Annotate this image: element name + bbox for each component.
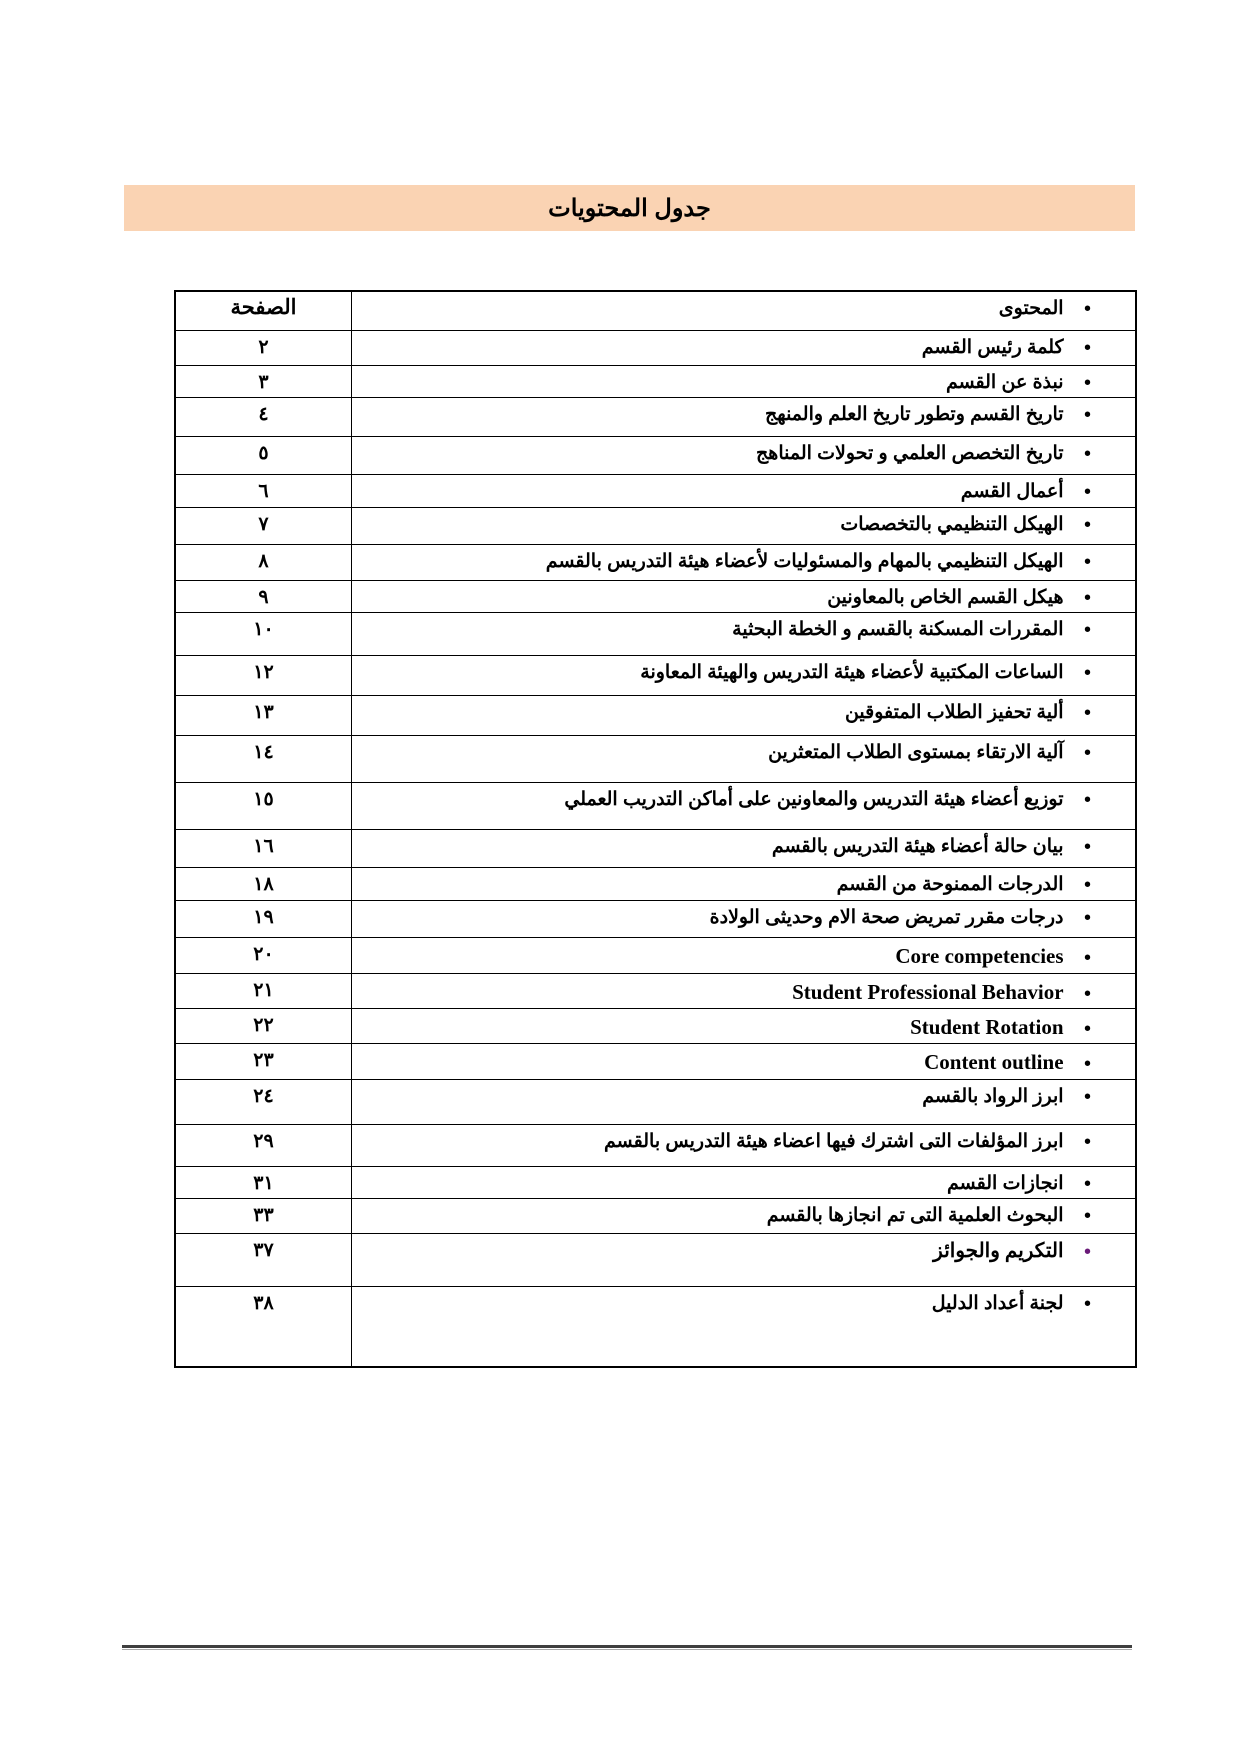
toc-entry-cell: • الساعات المكتبية لأعضاء هيئة التدريس و… [352,656,1137,696]
toc-row: • لجنة أعداد الدليل ٣٨ [175,1287,1136,1367]
toc-entry-cell: • الهيكل التنظيمي بالمهام والمسئوليات لأ… [352,544,1137,580]
toc-row: • ألية تحفيز الطلاب المتفوقين ١٣ [175,696,1136,736]
toc-entry-cell: • نبذة عن القسم [352,365,1137,398]
toc-entry-cell: • آلية الارتقاء بمستوى الطلاب المتعثرين [352,736,1137,783]
toc-row: • Content outline ٢٣ [175,1044,1136,1079]
toc-entry-label: درجات مقرر تمريض صحة الام وحديثى الولادة [710,907,1064,928]
toc-entry-page: ٣٧ [175,1234,352,1287]
toc-entry-cell: • توزيع أعضاء هيئة التدريس والمعاونين عل… [352,783,1137,830]
bullet-icon: • [1084,984,1091,1004]
bullet-icon: • [1084,588,1091,608]
toc-entry-cell: • الدرجات الممنوحة من القسم [352,868,1137,901]
bullet-icon: • [1084,620,1091,640]
toc-row: • توزيع أعضاء هيئة التدريس والمعاونين عل… [175,783,1136,830]
bullet-icon: • [1084,299,1091,319]
toc-entry-page: ١٣ [175,696,352,736]
toc-row: • الدرجات الممنوحة من القسم ١٨ [175,868,1136,901]
bullet-icon: • [1084,515,1091,535]
toc-entry-page: ٣٨ [175,1287,352,1367]
bullet-icon: • [1084,1206,1091,1226]
bullet-icon: • [1084,1132,1091,1152]
bullet-icon: • [1084,1019,1091,1039]
toc-entry-label: هيكل القسم الخاص بالمعاونين [827,587,1063,608]
toc-entry-label: تاريخ التخصص العلمي و تحولات المناهج [756,443,1064,464]
bullet-icon: • [1084,837,1091,857]
toc-entry-label: التكريم والجوائز [933,1240,1063,1262]
bullet-icon: • [1084,1054,1091,1074]
toc-row: • تاريخ التخصص العلمي و تحولات المناهج ٥ [175,437,1136,475]
toc-entry-label: ابرز المؤلفات التى اشترك فيها اعضاء هيئة… [604,1131,1064,1152]
toc-table: • المحتوى الصفحة • كلمة رئيس القسم ٢ • ن… [174,290,1137,1368]
toc-row: • هيكل القسم الخاص بالمعاونين ٩ [175,580,1136,613]
toc-entry-page: ٤ [175,398,352,437]
toc-entry-page: ٦ [175,475,352,508]
toc-entry-page: ٥ [175,437,352,475]
toc-entry-cell: • البحوث العلمية التى تم انجازها بالقسم [352,1199,1137,1234]
toc-header-page-label: الصفحة [175,291,352,330]
toc-entry-label: أعمال القسم [961,481,1064,502]
toc-entry-cell: • أعمال القسم [352,475,1137,508]
toc-row: • أعمال القسم ٦ [175,475,1136,508]
page-title: جدول المحتويات [548,194,711,223]
toc-entry-label: انجازات القسم [947,1173,1064,1194]
toc-row: • التكريم والجوائز ٣٧ [175,1234,1136,1287]
toc-row: • ابرز المؤلفات التى اشترك فيها اعضاء هي… [175,1124,1136,1166]
bullet-icon: • [1084,703,1091,723]
toc-row: • بيان حالة أعضاء هيئة التدريس بالقسم ١٦ [175,830,1136,868]
toc-entry-page: ٣١ [175,1166,352,1199]
bullet-icon: • [1084,1174,1091,1194]
toc-row: • البحوث العلمية التى تم انجازها بالقسم … [175,1199,1136,1234]
toc-entry-label: تاريخ القسم وتطور تاريخ العلم والمنهج [765,404,1063,425]
toc-entry-label: Content outline [924,1048,1063,1076]
toc-row: • تاريخ القسم وتطور تاريخ العلم والمنهج … [175,398,1136,437]
bullet-icon: • [1084,338,1091,358]
toc-entry-label: الهيكل التنظيمي بالتخصصات [840,514,1063,535]
toc-entry-page: ٣ [175,365,352,398]
toc-entry-label: توزيع أعضاء هيئة التدريس والمعاونين على … [564,789,1063,810]
title-banner: جدول المحتويات [124,185,1135,231]
toc-entry-label: لجنة أعداد الدليل [932,1293,1064,1314]
toc-entry-page: ٩ [175,580,352,613]
toc-entry-cell: • هيكل القسم الخاص بالمعاونين [352,580,1137,613]
toc-row: • الهيكل التنظيمي بالمهام والمسئوليات لأ… [175,544,1136,580]
toc-entry-cell: • Content outline [352,1044,1137,1079]
toc-entry-page: ٢١ [175,973,352,1008]
toc-row: • كلمة رئيس القسم ٢ [175,330,1136,365]
bullet-icon: • [1084,373,1091,393]
toc-entry-page: ٢٩ [175,1124,352,1166]
toc-entry-label: كلمة رئيس القسم [922,337,1064,358]
bullet-icon: • [1084,1294,1091,1314]
toc-entry-label: المقررات المسكنة بالقسم و الخطة البحثية [732,619,1063,640]
toc-entry-label: Student Rotation [910,1013,1063,1041]
toc-row: • الهيكل التنظيمي بالتخصصات ٧ [175,507,1136,544]
bullet-icon: • [1084,908,1091,928]
bullet-icon: • [1084,1242,1091,1262]
bullet-icon: • [1084,1087,1091,1107]
footer-divider [122,1645,1132,1650]
toc-row: • الساعات المكتبية لأعضاء هيئة التدريس و… [175,656,1136,696]
toc-entry-label: نبذة عن القسم [946,372,1064,393]
toc-entry-cell: • درجات مقرر تمريض صحة الام وحديثى الولا… [352,901,1137,938]
toc-header-content-cell: • المحتوى [352,291,1137,330]
toc-header-content-label: المحتوى [999,298,1064,319]
toc-entry-page: ٢٠ [175,938,352,973]
bullet-icon: • [1084,444,1091,464]
toc-entry-cell: • انجازات القسم [352,1166,1137,1199]
toc-entry-cell: • الهيكل التنظيمي بالتخصصات [352,507,1137,544]
toc-entry-page: ١٩ [175,901,352,938]
toc-entry-page: ١٦ [175,830,352,868]
toc-entry-label: ابرز الرواد بالقسم [922,1086,1063,1107]
toc-row: • انجازات القسم ٣١ [175,1166,1136,1199]
toc-row: • آلية الارتقاء بمستوى الطلاب المتعثرين … [175,736,1136,783]
toc-entry-cell: • ألية تحفيز الطلاب المتفوقين [352,696,1137,736]
toc-entry-page: ٢٤ [175,1079,352,1124]
bullet-icon: • [1084,948,1091,968]
document-page: جدول المحتويات • المحتوى الصفحة • كلمة ر… [0,0,1241,1754]
toc-header-row: • المحتوى الصفحة [175,291,1136,330]
toc-entry-page: ١٤ [175,736,352,783]
toc-row: • Core competencies ٢٠ [175,938,1136,973]
toc-entry-page: ١٥ [175,783,352,830]
toc-entry-label: Student Professional Behavior [792,978,1063,1006]
bullet-icon: • [1084,875,1091,895]
toc-row: • Student Rotation ٢٢ [175,1009,1136,1044]
toc-entry-label: ألية تحفيز الطلاب المتفوقين [845,702,1064,723]
toc-entry-page: ١٨ [175,868,352,901]
toc-row: • ابرز الرواد بالقسم ٢٤ [175,1079,1136,1124]
toc-entry-page: ٢٣ [175,1044,352,1079]
toc-entry-cell: • Student Rotation [352,1009,1137,1044]
toc-entry-label: الهيكل التنظيمي بالمهام والمسئوليات لأعض… [546,551,1064,572]
bullet-icon: • [1084,743,1091,763]
toc-entry-label: بيان حالة أعضاء هيئة التدريس بالقسم [772,836,1064,857]
toc-entry-label: الدرجات الممنوحة من القسم [837,874,1064,895]
toc-row: • المقررات المسكنة بالقسم و الخطة البحثي… [175,613,1136,656]
toc-entry-cell: • Core competencies [352,938,1137,973]
toc-row: • Student Professional Behavior ٢١ [175,973,1136,1008]
toc-entry-cell: • تاريخ التخصص العلمي و تحولات المناهج [352,437,1137,475]
toc-entry-page: ٨ [175,544,352,580]
bullet-icon: • [1084,482,1091,502]
toc-entry-label: الساعات المكتبية لأعضاء هيئة التدريس وال… [640,662,1063,683]
toc-entry-cell: • المقررات المسكنة بالقسم و الخطة البحثي… [352,613,1137,656]
bullet-icon: • [1084,790,1091,810]
toc-entry-cell: • بيان حالة أعضاء هيئة التدريس بالقسم [352,830,1137,868]
bullet-icon: • [1084,663,1091,683]
toc-row: • نبذة عن القسم ٣ [175,365,1136,398]
toc-entry-page: ٢ [175,330,352,365]
toc-entry-page: ٧ [175,507,352,544]
toc-row: • درجات مقرر تمريض صحة الام وحديثى الولا… [175,901,1136,938]
toc-entry-cell: • لجنة أعداد الدليل [352,1287,1137,1367]
toc-entry-page: ١٢ [175,656,352,696]
toc-entry-cell: • ابرز الرواد بالقسم [352,1079,1137,1124]
toc-entry-label: البحوث العلمية التى تم انجازها بالقسم [767,1205,1064,1226]
toc-entry-page: ٣٣ [175,1199,352,1234]
toc-entry-page: ١٠ [175,613,352,656]
toc-entry-label: Core competencies [895,942,1063,970]
bullet-icon: • [1084,405,1091,425]
toc-entry-cell: • Student Professional Behavior [352,973,1137,1008]
toc-entry-page: ٢٢ [175,1009,352,1044]
toc-entry-cell: • التكريم والجوائز [352,1234,1137,1287]
toc-entry-cell: • كلمة رئيس القسم [352,330,1137,365]
bullet-icon: • [1084,552,1091,572]
toc-entry-label: آلية الارتقاء بمستوى الطلاب المتعثرين [768,742,1063,763]
toc-entry-cell: • ابرز المؤلفات التى اشترك فيها اعضاء هي… [352,1124,1137,1166]
toc-entry-cell: • تاريخ القسم وتطور تاريخ العلم والمنهج [352,398,1137,437]
